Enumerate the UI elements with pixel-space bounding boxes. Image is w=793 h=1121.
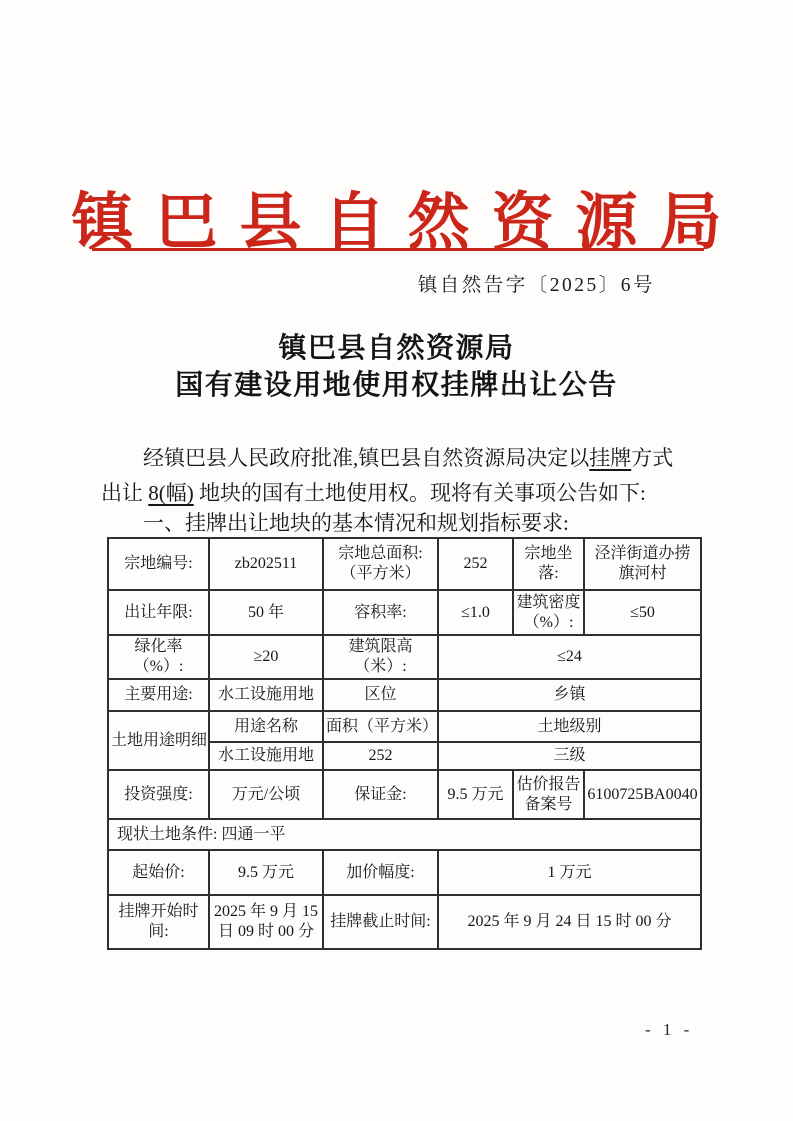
greening-rate-value: ≥20 — [209, 635, 323, 679]
listing-end-label: 挂牌截止时间: — [323, 895, 438, 949]
location-label: 宗地坐 落: — [513, 538, 584, 590]
district-label: 区位 — [323, 679, 438, 711]
document-page: 镇巴县自然资源局 镇自然告字〔2025〕6号 镇巴县自然资源局 国有建设用地使用… — [0, 0, 793, 1121]
location-value: 泾洋街道办捞 旗河村 — [584, 538, 701, 590]
underlined-term-parcel-count: 8(幅) — [148, 481, 194, 505]
table-row: 出让年限: 50 年 容积率: ≤1.0 建筑密度 （%）: ≤50 — [108, 590, 701, 635]
total-area-label: 宗地总面积: （平方米） — [323, 538, 438, 590]
body-text: 出让 — [101, 481, 148, 505]
announcement-title-line2: 国有建设用地使用权挂牌出让公告 — [0, 367, 793, 404]
starting-price-value: 9.5 万元 — [209, 850, 323, 895]
body-paragraph-line2: 出让 8(幅) 地块的国有土地使用权。现将有关事项公告如下: — [101, 476, 711, 511]
document-reference-number: 镇自然告字〔2025〕6号 — [418, 269, 655, 297]
announcement-title: 镇巴县自然资源局 国有建设用地使用权挂牌出让公告 — [0, 330, 793, 404]
parcel-id-label: 宗地编号: — [108, 538, 209, 590]
deposit-value: 9.5 万元 — [438, 770, 513, 819]
announcement-body: 经镇巴县人民政府批准,镇巴县自然资源局决定以挂牌方式 出让 8(幅) 地块的国有… — [101, 441, 711, 511]
building-density-value: ≤50 — [584, 590, 701, 635]
deposit-label: 保证金: — [323, 770, 438, 819]
height-limit-label: 建筑限高（米）: — [323, 635, 438, 679]
land-grade-value: 三级 — [438, 742, 701, 770]
listing-end-value: 2025 年 9 月 24 日 15 时 00 分 — [438, 895, 701, 949]
table-row: 绿化率（%）: ≥20 建筑限高（米）: ≤24 — [108, 635, 701, 679]
underlined-term-listing-method: 挂牌 — [589, 446, 631, 470]
table-row: 起始价: 9.5 万元 加价幅度: 1 万元 — [108, 850, 701, 895]
appraisal-report-label: 估价报告 备案号 — [513, 770, 584, 819]
use-detail-label: 土地用途明细 — [108, 711, 209, 770]
table-row: 现状土地条件: 四通一平 — [108, 819, 701, 850]
parcel-info-table: 宗地编号: zb202511 宗地总面积: （平方米） 252 宗地坐 落: 泾… — [107, 537, 702, 950]
use-name-value: 水工设施用地 — [209, 742, 323, 770]
table-row: 挂牌开始时 间: 2025 年 9 月 15 日 09 时 00 分 挂牌截止时… — [108, 895, 701, 949]
main-use-value: 水工设施用地 — [209, 679, 323, 711]
announcement-title-line1: 镇巴县自然资源局 — [0, 330, 793, 367]
appraisal-report-value: 6100725BA0040 — [584, 770, 701, 819]
investment-intensity-value: 万元/公顷 — [209, 770, 323, 819]
plot-ratio-value: ≤1.0 — [438, 590, 513, 635]
table-row: 投资强度: 万元/公顷 保证金: 9.5 万元 估价报告 备案号 6100725… — [108, 770, 701, 819]
building-density-label: 建筑密度 （%）: — [513, 590, 584, 635]
bid-increment-value: 1 万元 — [438, 850, 701, 895]
height-limit-value: ≤24 — [438, 635, 701, 679]
listing-start-value: 2025 年 9 月 15 日 09 时 00 分 — [209, 895, 323, 949]
body-text: 地块的国有土地使用权。现将有关事项公告如下: — [194, 481, 646, 505]
land-grade-header: 土地级别 — [438, 711, 701, 742]
body-paragraph-line1: 经镇巴县人民政府批准,镇巴县自然资源局决定以挂牌方式 — [101, 441, 711, 476]
tenure-value: 50 年 — [209, 590, 323, 635]
total-area-value: 252 — [438, 538, 513, 590]
use-name-header: 用途名称 — [209, 711, 323, 742]
table-row: 宗地编号: zb202511 宗地总面积: （平方米） 252 宗地坐 落: 泾… — [108, 538, 701, 590]
greening-rate-label: 绿化率（%）: — [108, 635, 209, 679]
main-use-label: 主要用途: — [108, 679, 209, 711]
body-text: 方式 — [631, 446, 673, 470]
plot-ratio-label: 容积率: — [323, 590, 438, 635]
starting-price-label: 起始价: — [108, 850, 209, 895]
investment-intensity-label: 投资强度: — [108, 770, 209, 819]
table-row: 主要用途: 水工设施用地 区位 乡镇 — [108, 679, 701, 711]
district-value: 乡镇 — [438, 679, 701, 711]
tenure-label: 出让年限: — [108, 590, 209, 635]
current-land-condition: 现状土地条件: 四通一平 — [108, 819, 701, 850]
section-one-heading: 一、挂牌出让地块的基本情况和规划指标要求: — [101, 508, 711, 538]
letterhead-divider-rule — [92, 248, 704, 251]
use-area-header: 面积（平方米） — [323, 711, 438, 742]
table-row: 土地用途明细 用途名称 面积（平方米） 土地级别 — [108, 711, 701, 742]
listing-start-label: 挂牌开始时 间: — [108, 895, 209, 949]
parcel-id-value: zb202511 — [209, 538, 323, 590]
bid-increment-label: 加价幅度: — [323, 850, 438, 895]
page-number: - 1 - — [645, 1020, 693, 1040]
body-text: 经镇巴县人民政府批准,镇巴县自然资源局决定以 — [143, 446, 589, 470]
use-area-value: 252 — [323, 742, 438, 770]
